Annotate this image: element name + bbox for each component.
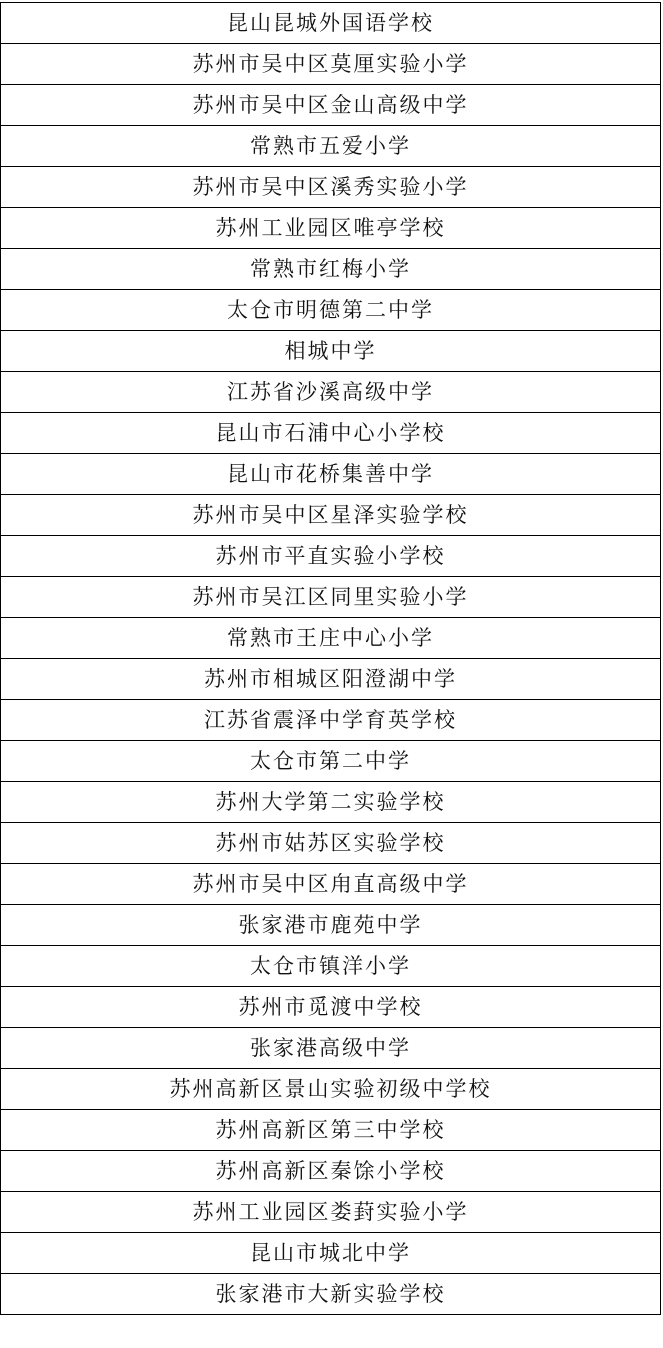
school-name-cell: 苏州市吴中区甪直高级中学 <box>1 864 661 905</box>
school-name-cell: 苏州工业园区娄葑实验小学 <box>1 1192 661 1233</box>
school-name-cell: 江苏省震泽中学育英学校 <box>1 700 661 741</box>
school-name-cell: 苏州大学第二实验学校 <box>1 782 661 823</box>
table-row: 常熟市五爱小学 <box>1 126 661 167</box>
school-name-cell: 苏州高新区秦馀小学校 <box>1 1151 661 1192</box>
school-name-cell: 苏州市相城区阳澄湖中学 <box>1 659 661 700</box>
table-row: 昆山市城北中学 <box>1 1233 661 1274</box>
table-row: 苏州高新区第三中学校 <box>1 1110 661 1151</box>
school-name-cell: 昆山昆城外国语学校 <box>1 3 661 44</box>
table-row: 太仓市明德第二中学 <box>1 290 661 331</box>
table-row: 苏州大学第二实验学校 <box>1 782 661 823</box>
table-row: 太仓市第二中学 <box>1 741 661 782</box>
school-name-cell: 江苏省沙溪高级中学 <box>1 372 661 413</box>
table-row: 苏州市吴中区莫厘实验小学 <box>1 44 661 85</box>
table-row: 苏州市姑苏区实验学校 <box>1 823 661 864</box>
table-row: 相城中学 <box>1 331 661 372</box>
school-name-cell: 相城中学 <box>1 331 661 372</box>
table-row: 苏州市吴中区甪直高级中学 <box>1 864 661 905</box>
school-name-cell: 苏州市吴中区星泽实验学校 <box>1 495 661 536</box>
school-name-cell: 昆山市石浦中心小学校 <box>1 413 661 454</box>
school-name-cell: 常熟市王庄中心小学 <box>1 618 661 659</box>
table-row: 昆山市花桥集善中学 <box>1 454 661 495</box>
school-name-cell: 常熟市红梅小学 <box>1 249 661 290</box>
school-name-cell: 苏州市吴江区同里实验小学 <box>1 577 661 618</box>
school-name-cell: 苏州市姑苏区实验学校 <box>1 823 661 864</box>
table-row: 苏州市吴江区同里实验小学 <box>1 577 661 618</box>
school-name-cell: 昆山市花桥集善中学 <box>1 454 661 495</box>
school-name-cell: 苏州高新区景山实验初级中学校 <box>1 1069 661 1110</box>
table-row: 张家港市鹿苑中学 <box>1 905 661 946</box>
school-name-cell: 苏州市平直实验小学校 <box>1 536 661 577</box>
table-row: 苏州市平直实验小学校 <box>1 536 661 577</box>
table-row: 太仓市镇洋小学 <box>1 946 661 987</box>
school-name-cell: 苏州市吴中区溪秀实验小学 <box>1 167 661 208</box>
school-name-cell: 苏州市吴中区莫厘实验小学 <box>1 44 661 85</box>
table-row: 张家港市大新实验学校 <box>1 1274 661 1315</box>
table-row: 常熟市王庄中心小学 <box>1 618 661 659</box>
school-list-table: 昆山昆城外国语学校 苏州市吴中区莫厘实验小学 苏州市吴中区金山高级中学 常熟市五… <box>0 2 661 1315</box>
table-row: 苏州市吴中区金山高级中学 <box>1 85 661 126</box>
table-row: 昆山昆城外国语学校 <box>1 3 661 44</box>
school-list-body: 昆山昆城外国语学校 苏州市吴中区莫厘实验小学 苏州市吴中区金山高级中学 常熟市五… <box>1 3 661 1315</box>
school-name-cell: 昆山市城北中学 <box>1 1233 661 1274</box>
school-name-cell: 张家港市大新实验学校 <box>1 1274 661 1315</box>
school-name-cell: 苏州高新区第三中学校 <box>1 1110 661 1151</box>
table-row: 江苏省震泽中学育英学校 <box>1 700 661 741</box>
school-name-cell: 太仓市镇洋小学 <box>1 946 661 987</box>
table-row: 苏州高新区景山实验初级中学校 <box>1 1069 661 1110</box>
table-row: 苏州市相城区阳澄湖中学 <box>1 659 661 700</box>
school-list-table-container: 昆山昆城外国语学校 苏州市吴中区莫厘实验小学 苏州市吴中区金山高级中学 常熟市五… <box>0 2 661 1315</box>
school-name-cell: 太仓市第二中学 <box>1 741 661 782</box>
table-row: 苏州市吴中区溪秀实验小学 <box>1 167 661 208</box>
school-name-cell: 常熟市五爱小学 <box>1 126 661 167</box>
school-name-cell: 张家港高级中学 <box>1 1028 661 1069</box>
table-row: 苏州工业园区娄葑实验小学 <box>1 1192 661 1233</box>
school-name-cell: 苏州工业园区唯亭学校 <box>1 208 661 249</box>
school-name-cell: 太仓市明德第二中学 <box>1 290 661 331</box>
school-name-cell: 苏州市吴中区金山高级中学 <box>1 85 661 126</box>
table-row: 昆山市石浦中心小学校 <box>1 413 661 454</box>
table-row: 苏州市吴中区星泽实验学校 <box>1 495 661 536</box>
table-row: 苏州工业园区唯亭学校 <box>1 208 661 249</box>
table-row: 张家港高级中学 <box>1 1028 661 1069</box>
table-row: 江苏省沙溪高级中学 <box>1 372 661 413</box>
table-row: 常熟市红梅小学 <box>1 249 661 290</box>
table-row: 苏州高新区秦馀小学校 <box>1 1151 661 1192</box>
table-row: 苏州市觅渡中学校 <box>1 987 661 1028</box>
school-name-cell: 张家港市鹿苑中学 <box>1 905 661 946</box>
school-name-cell: 苏州市觅渡中学校 <box>1 987 661 1028</box>
